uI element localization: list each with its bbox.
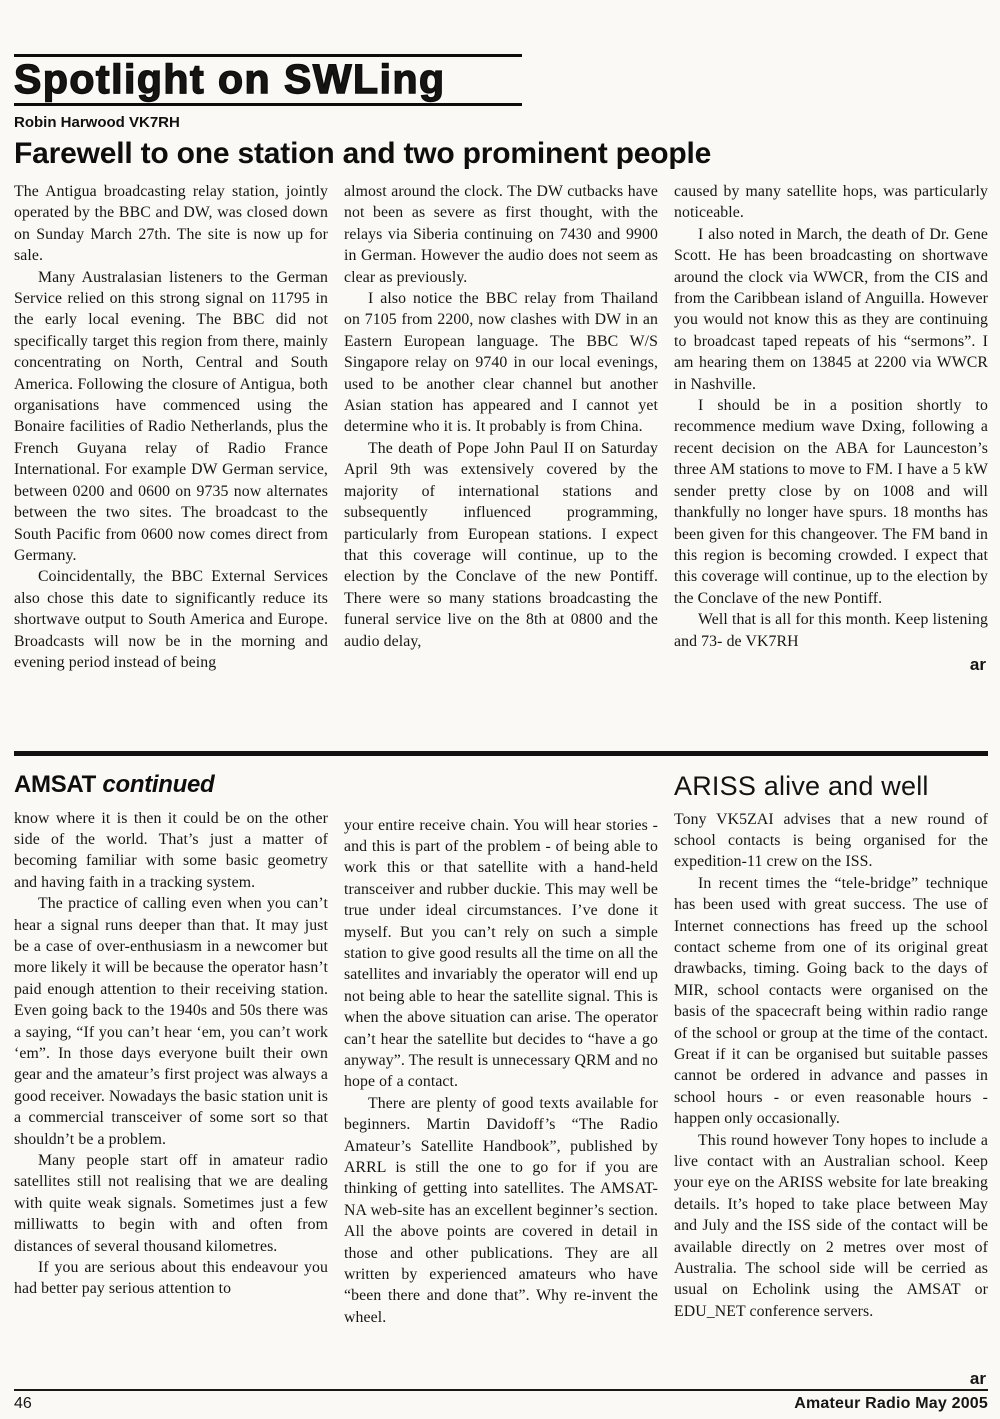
paragraph: Coincidentally, the BBC External Service… — [14, 566, 328, 673]
article-farewell-column-3-text: caused by many satellite hops, was parti… — [674, 181, 988, 652]
amsat-heading: AMSAT continued — [14, 771, 328, 799]
paragraph: Many Australasian listeners to the Germa… — [14, 267, 328, 567]
masthead-title: Spotlight on SWLing — [14, 56, 446, 103]
article-farewell-column-1: The Antigua broadcasting relay station, … — [14, 181, 328, 744]
paragraph: Well that is all for this month. Keep li… — [674, 609, 988, 652]
article-title: Farewell to one station and two prominen… — [14, 136, 988, 172]
bottom-section: AMSAT continued know where it is then it… — [14, 771, 988, 1389]
article-farewell-column-2: almost around the clock. The DW cutbacks… — [344, 181, 658, 744]
paragraph: The Antigua broadcasting relay station, … — [14, 181, 328, 267]
paragraph: There are plenty of good texts available… — [344, 1093, 658, 1328]
article-farewell: The Antigua broadcasting relay station, … — [14, 181, 988, 744]
amsat-column-2: your entire receive chain. You will hear… — [344, 771, 658, 1389]
paragraph: Tony VK5ZAI advises that a new round of … — [674, 809, 988, 873]
page-footer: 46 Amateur Radio May 2005 — [14, 1389, 988, 1413]
paragraph: almost around the clock. The DW cutbacks… — [344, 181, 658, 288]
footer-journal-name: Amateur Radio May 2005 — [794, 1395, 988, 1413]
paragraph: I should be in a position shortly to rec… — [674, 395, 988, 609]
footer-page-number: 46 — [14, 1395, 32, 1413]
ariss-end-mark: ar — [674, 1369, 988, 1389]
paragraph: The practice of calling even when you ca… — [14, 893, 328, 1150]
paragraph: your entire receive chain. You will hear… — [344, 815, 658, 1093]
paragraph: Many people start off in amateur radio s… — [14, 1150, 328, 1257]
amsat-heading-continued: continued — [102, 771, 214, 798]
footer-rule — [14, 1389, 988, 1391]
ariss-heading: ARISS alive and well — [674, 771, 988, 802]
article-farewell-column-3: caused by many satellite hops, was parti… — [674, 181, 988, 744]
section-divider-rule — [14, 751, 988, 756]
paragraph: This round however Tony hopes to include… — [674, 1130, 988, 1323]
paragraph: If you are serious about this endeavour … — [14, 1257, 328, 1300]
ariss-column-text: Tony VK5ZAI advises that a new round of … — [674, 809, 988, 1323]
amsat-column-1-text: know where it is then it could be on the… — [14, 808, 328, 1300]
section-masthead: Spotlight on SWLing — [14, 54, 522, 106]
magazine-page: Spotlight on SWLing Robin Harwood VK7RH … — [0, 0, 1000, 1419]
paragraph: I also notice the BBC relay from Thailan… — [344, 288, 658, 438]
ariss-column: ARISS alive and well Tony VK5ZAI advises… — [674, 771, 988, 1389]
paragraph: The death of Pope John Paul II on Saturd… — [344, 438, 658, 652]
amsat-column-1: AMSAT continued know where it is then it… — [14, 771, 328, 1389]
paragraph: In recent times the “tele-bridge” techni… — [674, 873, 988, 1130]
amsat-heading-main: AMSAT — [14, 771, 96, 798]
paragraph: caused by many satellite hops, was parti… — [674, 181, 988, 224]
byline: Robin Harwood VK7RH — [14, 114, 988, 131]
amsat-column-2-text: your entire receive chain. You will hear… — [344, 815, 658, 1329]
paragraph: I also noted in March, the death of Dr. … — [674, 224, 988, 395]
paragraph: know where it is then it could be on the… — [14, 808, 328, 894]
article-end-mark: ar — [674, 655, 988, 675]
